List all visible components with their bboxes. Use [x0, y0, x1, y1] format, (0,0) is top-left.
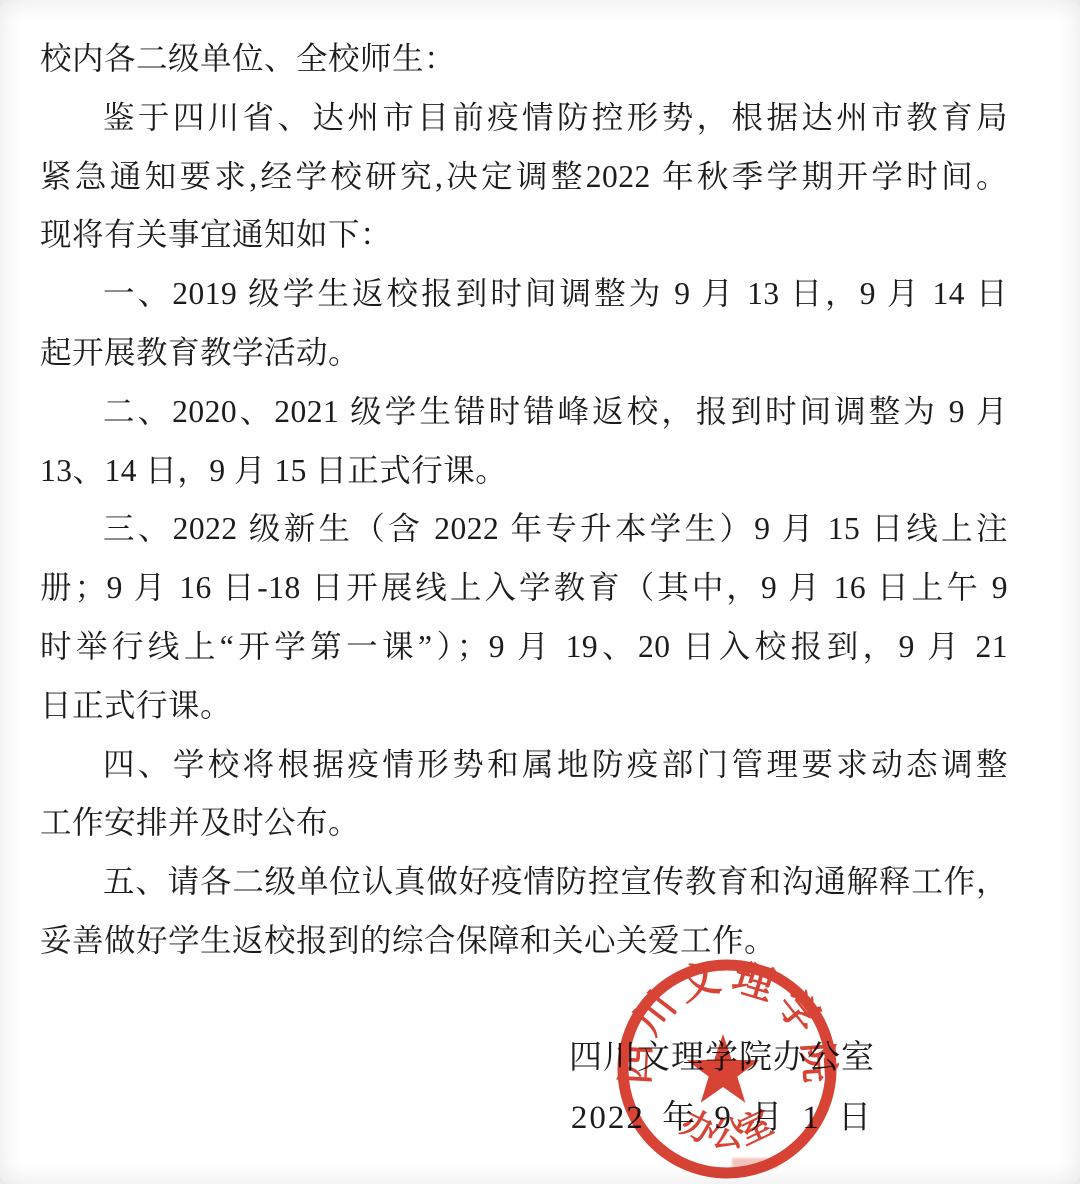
svg-text:办公室: 办公室 [675, 1104, 779, 1154]
document-page: 校内各二级单位、全校师生：鉴于四川省、达州市目前疫情防控形势，根据达州市教育局紧… [0, 0, 1080, 1184]
text-line: 一、2019 级学生返校报到时间调整为 9 月 13 日，9 月 14 日 [40, 265, 1008, 324]
text-line: 册；9 月 16 日-18 日开展线上入学教育（其中，9 月 16 日上午 9 [40, 559, 1008, 618]
text-line: 现将有关事宜通知如下： [40, 206, 1008, 265]
text-line: 二、2020、2021 级学生错时错峰返校，报到时间调整为 9 月 [40, 383, 1008, 442]
text-line: 五、请各二级单位认真做好疫情防控宣传教育和沟通解释工作， [40, 853, 1008, 912]
text-line: 紧急通知要求,经学校研究,决定调整2022 年秋季学期开学时间。 [40, 148, 1008, 207]
text-line: 时举行线上“开学第一课”）；9 月 19、20 日入校报到，9 月 21 [40, 618, 1008, 677]
text-line: 日正式行课。 [40, 677, 1008, 736]
seal-artifact [732, 1158, 778, 1168]
official-seal: 四川文理学院 办公室 [612, 956, 842, 1182]
notice-body: 校内各二级单位、全校师生：鉴于四川省、达州市目前疫情防控形势，根据达州市教育局紧… [40, 30, 1008, 971]
text-line: 校内各二级单位、全校师生： [40, 30, 1008, 89]
text-line: 妥善做好学生返校报到的综合保障和关心关爱工作。 [40, 912, 1008, 971]
text-line: 工作安排并及时公布。 [40, 794, 1008, 853]
text-line: 13、14 日，9 月 15 日正式行课。 [40, 442, 1008, 501]
seal-bottom-text: 办公室 [675, 1104, 779, 1154]
star-icon [687, 1034, 759, 1103]
text-line: 四、学校将根据疫情形势和属地防疫部门管理要求动态调整 [40, 736, 1008, 795]
text-line: 三、2022 级新生（含 2022 年专升本学生）9 月 15 日线上注 [40, 500, 1008, 559]
text-line: 鉴于四川省、达州市目前疫情防控形势，根据达州市教育局 [40, 89, 1008, 148]
text-line: 起开展教育教学活动。 [40, 324, 1008, 383]
